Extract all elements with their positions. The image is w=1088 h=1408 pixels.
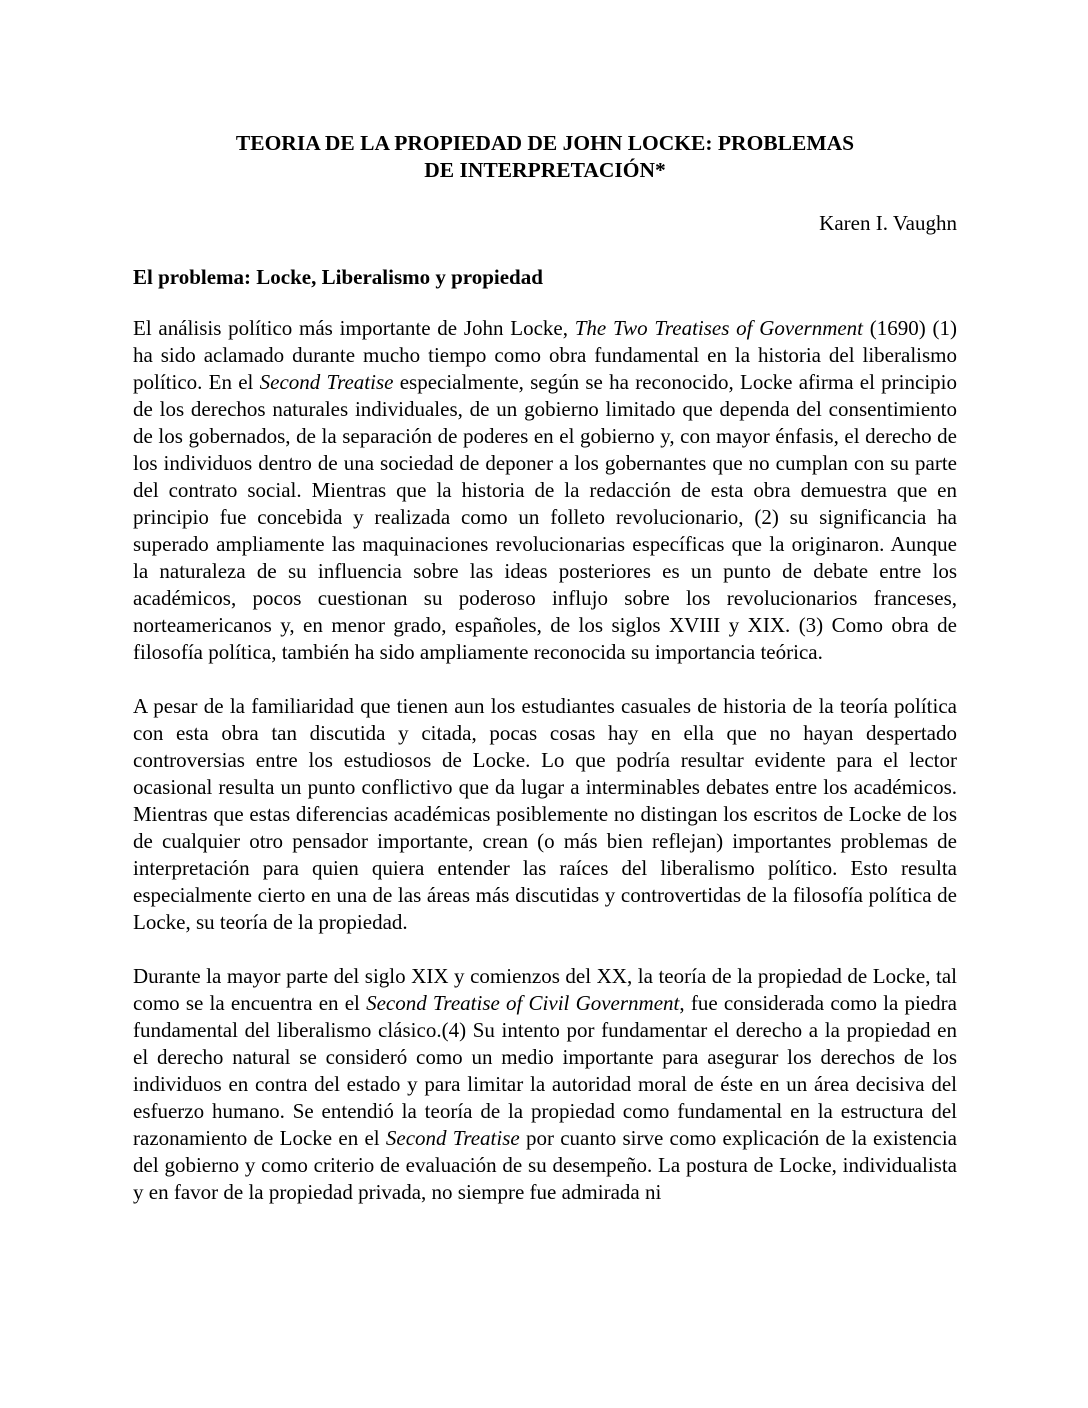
title-line-1: TEORIA DE LA PROPIEDAD DE JOHN LOCKE: PR… bbox=[133, 130, 957, 157]
paragraph: Durante la mayor parte del siglo XIX y c… bbox=[133, 963, 957, 1206]
paragraph-run: especialmente, según se ha reconocido, L… bbox=[133, 370, 957, 664]
title-line-2: DE INTERPRETACIÓN* bbox=[133, 157, 957, 184]
document-title: TEORIA DE LA PROPIEDAD DE JOHN LOCKE: PR… bbox=[133, 130, 957, 184]
paragraph: El análisis político más importante de J… bbox=[133, 315, 957, 666]
paragraph-run-italic: The Two Treatises of Government bbox=[575, 316, 863, 340]
paragraph: A pesar de la familiaridad que tienen au… bbox=[133, 693, 957, 936]
paragraph-run-italic: Second Treatise of Civil Government bbox=[366, 991, 679, 1015]
paragraph-run: El análisis político más importante de J… bbox=[133, 316, 575, 340]
author-name: Karen I. Vaughn bbox=[133, 210, 957, 237]
section-heading: El problema: Locke, Liberalismo y propie… bbox=[133, 264, 957, 291]
document-page: TEORIA DE LA PROPIEDAD DE JOHN LOCKE: PR… bbox=[0, 0, 1088, 1408]
paragraph-run-italic: Second Treatise bbox=[260, 370, 394, 394]
document-content: TEORIA DE LA PROPIEDAD DE JOHN LOCKE: PR… bbox=[133, 130, 957, 1206]
paragraph-run-italic: Second Treatise bbox=[386, 1126, 520, 1150]
body-paragraphs: El análisis político más importante de J… bbox=[133, 315, 957, 1206]
paragraph-run: A pesar de la familiaridad que tienen au… bbox=[133, 694, 957, 934]
